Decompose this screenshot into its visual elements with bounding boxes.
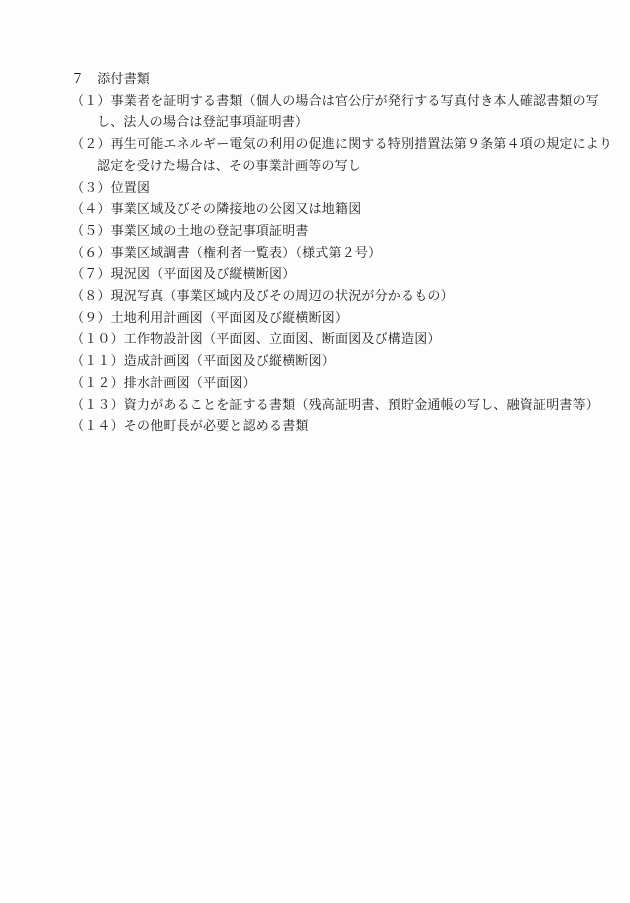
attachment-item-13: （１３）資力があることを証する書類（残高証明書、預貯金通帳の写し、融資証明書等） — [71, 394, 581, 416]
section-heading: ７添付書類 — [71, 68, 581, 90]
attachment-item-14: （１４）その他町長が必要と認める書類 — [71, 415, 581, 437]
attachment-item-6: （６）事業区域調書（権利者一覧表）（様式第２号） — [71, 242, 581, 264]
document-page: ７添付書類 （１）事業者を証明する書類（個人の場合は官公庁が発行する写真付き本人… — [71, 68, 581, 437]
section-title: 添付書類 — [97, 71, 150, 86]
attachment-item-10: （１０）工作物設計図（平面図、立面図、断面図及び構造図） — [71, 328, 581, 350]
attachment-item-9: （９）土地利用計画図（平面図及び縦横断図） — [71, 307, 581, 329]
section-number: ７ — [71, 71, 84, 86]
attachment-item-7: （７）現況図（平面図及び縦横断図） — [71, 263, 581, 285]
attachment-item-3: （３）位置図 — [71, 177, 581, 199]
attachment-item-8: （８）現況写真（事業区域内及びその周辺の状況が分かるもの） — [71, 285, 581, 307]
attachment-item-11: （１１）造成計画図（平面図及び縦横断図） — [71, 350, 581, 372]
attachment-item-1-continuation: し、法人の場合は登記事項証明書） — [71, 111, 581, 133]
attachment-item-1: （１）事業者を証明する書類（個人の場合は官公庁が発行する写真付き本人確認書類の写 — [71, 90, 581, 112]
attachment-item-12: （１２）排水計画図（平面図） — [71, 372, 581, 394]
attachment-item-4: （４）事業区域及びその隣接地の公図又は地籍図 — [71, 198, 581, 220]
attachment-item-5: （５）事業区域の土地の登記事項証明書 — [71, 220, 581, 242]
attachment-item-2-continuation: 認定を受けた場合は、その事業計画等の写し — [71, 155, 581, 177]
attachment-item-2: （２）再生可能エネルギー電気の利用の促進に関する特別措置法第９条第４項の規定によ… — [71, 133, 581, 155]
